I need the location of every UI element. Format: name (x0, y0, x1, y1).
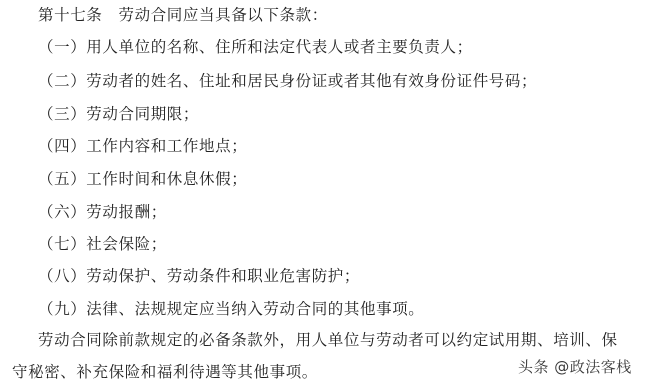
paragraph-line-1: 劳动合同除前款规定的必备条款外，用人单位与劳动者可以约定试用期、培训、保 (38, 331, 618, 349)
clause-item-3: （三）劳动合同期限； (38, 105, 199, 123)
clause-item-6: （六）劳动报酬； (38, 203, 167, 221)
article-heading: 第十七条 劳动合同应当具备以下条款： (38, 6, 328, 24)
clause-item-9: （九）法律、法规规定应当纳入劳动合同的其他事项。 (38, 300, 424, 318)
clause-item-5: （五）工作时间和休息休假； (38, 170, 247, 188)
clause-item-8: （八）劳动保护、劳动条件和职业危害防护； (38, 267, 360, 285)
watermark: 头条 @政法客栈 (518, 356, 632, 377)
clause-item-2: （二）劳动者的姓名、住址和居民身份证或者其他有效身份证件号码； (38, 72, 537, 90)
document-page: 第十七条 劳动合同应当具备以下条款： （一）用人单位的名称、住所和法定代表人或者… (0, 0, 650, 384)
clause-item-7: （七）社会保险； (38, 235, 167, 253)
paragraph-line-2: 守秘密、补充保险和福利待遇等其他事项。 (12, 363, 318, 381)
clause-item-1: （一）用人单位的名称、住所和法定代表人或者主要负责人； (38, 38, 473, 56)
clause-item-4: （四）工作内容和工作地点； (38, 137, 247, 155)
